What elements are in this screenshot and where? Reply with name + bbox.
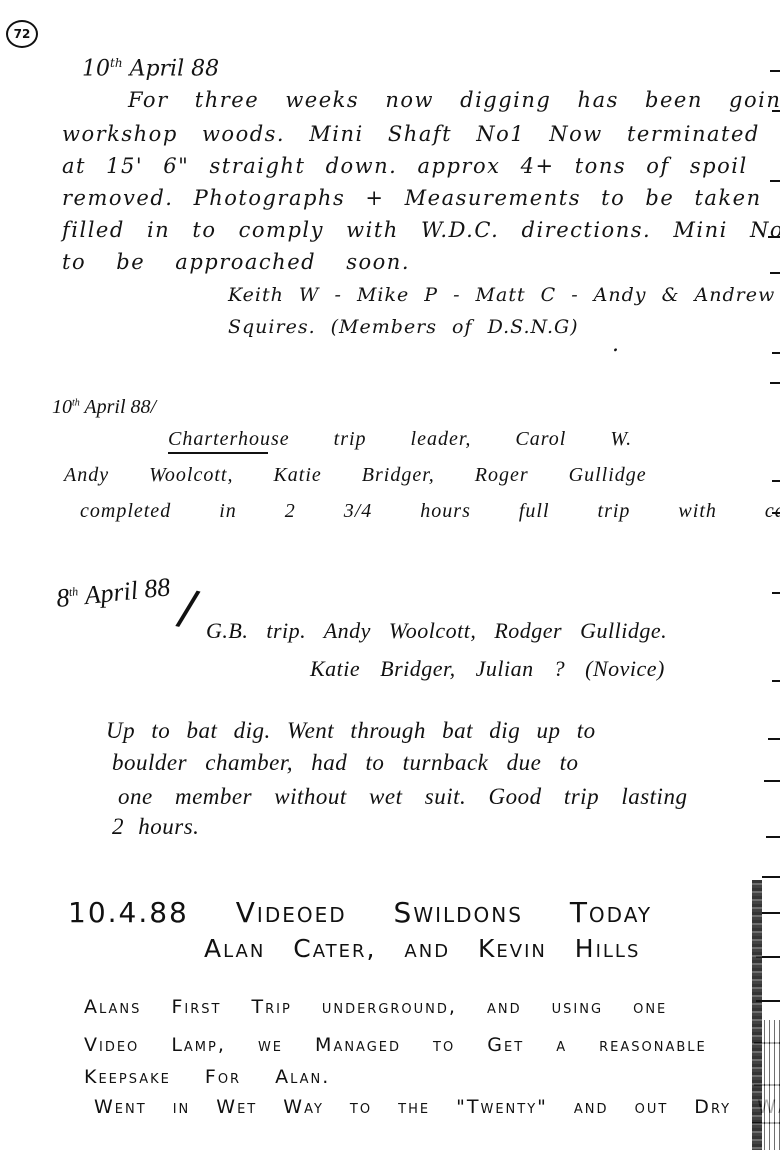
edge-tick <box>772 110 780 112</box>
edge-tick <box>768 236 780 238</box>
trailing-mark: . <box>612 332 619 357</box>
entry-signatures: Squires. (Members of D.S.N.G) <box>228 316 579 338</box>
entry-date: 10th April 88 <box>82 56 219 81</box>
edge-tick <box>772 480 780 482</box>
entry-line: to be approached soon. <box>62 250 410 274</box>
entry-header-line: 10.4.88 Videoed Swildons Today <box>68 896 652 929</box>
edge-tick <box>772 352 780 354</box>
edge-tick <box>768 738 780 740</box>
binding-shadow <box>752 880 762 1150</box>
slash-mark: / <box>173 579 202 637</box>
entry-date: 10th April 88/ <box>52 396 156 419</box>
entry-line: 2 hours. <box>112 814 199 840</box>
entry-line: Alans First Trip underground, and using … <box>84 996 667 1018</box>
entry-line: at 15' 6" straight down. approx 4+ tons … <box>62 154 748 178</box>
edge-tick <box>770 272 780 274</box>
entry-line: removed. Photographs + Measurements to b… <box>62 186 780 210</box>
entry-header-line: G.B. trip. Andy Woolcott, Rodger Gullidg… <box>206 618 667 644</box>
entry-line: Up to bat dig. Went through bat dig up t… <box>106 718 596 744</box>
entry-line: boulder chamber, had to turnback due to <box>112 750 578 776</box>
page-number-badge: 72 <box>6 20 38 48</box>
entry-line: For three weeks now digging has been goi… <box>128 88 780 112</box>
binding-texture <box>762 1020 780 1150</box>
underline-divider <box>168 452 268 454</box>
edge-tick <box>770 382 780 384</box>
edge-tick <box>772 680 780 682</box>
edge-tick <box>766 836 780 838</box>
entry-line: Video Lamp, we Managed to Get a reasonab… <box>84 1034 707 1056</box>
edge-tick <box>764 780 780 782</box>
entry-signatures: Keith W - Mike P - Matt C - Andy & Andre… <box>228 284 775 306</box>
entry-header-line: Katie Bridger, Julian ? (Novice) <box>310 656 665 682</box>
entry-header-line: Alan Cater, and Kevin Hills <box>204 934 640 963</box>
entry-line: completed in 2 3/4 hours full trip with … <box>80 500 780 523</box>
logbook-page: 72 10th April 88 For three weeks now dig… <box>0 0 780 1150</box>
entry-line: Andy Woolcott, Katie Bridger, Roger Gull… <box>64 464 647 487</box>
entry-date: 8th April 88 <box>55 572 172 614</box>
edge-tick <box>772 592 780 594</box>
edge-tick <box>762 912 780 914</box>
entry-line: workshop woods. Mini Shaft No1 Now termi… <box>62 122 760 146</box>
entry-line: Charterhouse trip leader, Carol W. <box>168 428 632 451</box>
edge-tick <box>770 180 780 182</box>
entry-line: Went in Wet Way to the "Twenty" and out … <box>94 1096 780 1118</box>
edge-tick <box>772 512 780 514</box>
edge-tick <box>762 876 780 878</box>
entry-line: filled in to comply with W.D.C. directio… <box>62 218 780 242</box>
entry-line: one member without wet suit. Good trip l… <box>118 784 687 810</box>
edge-tick <box>770 70 780 72</box>
entry-line: Keepsake For Alan. <box>84 1066 330 1088</box>
